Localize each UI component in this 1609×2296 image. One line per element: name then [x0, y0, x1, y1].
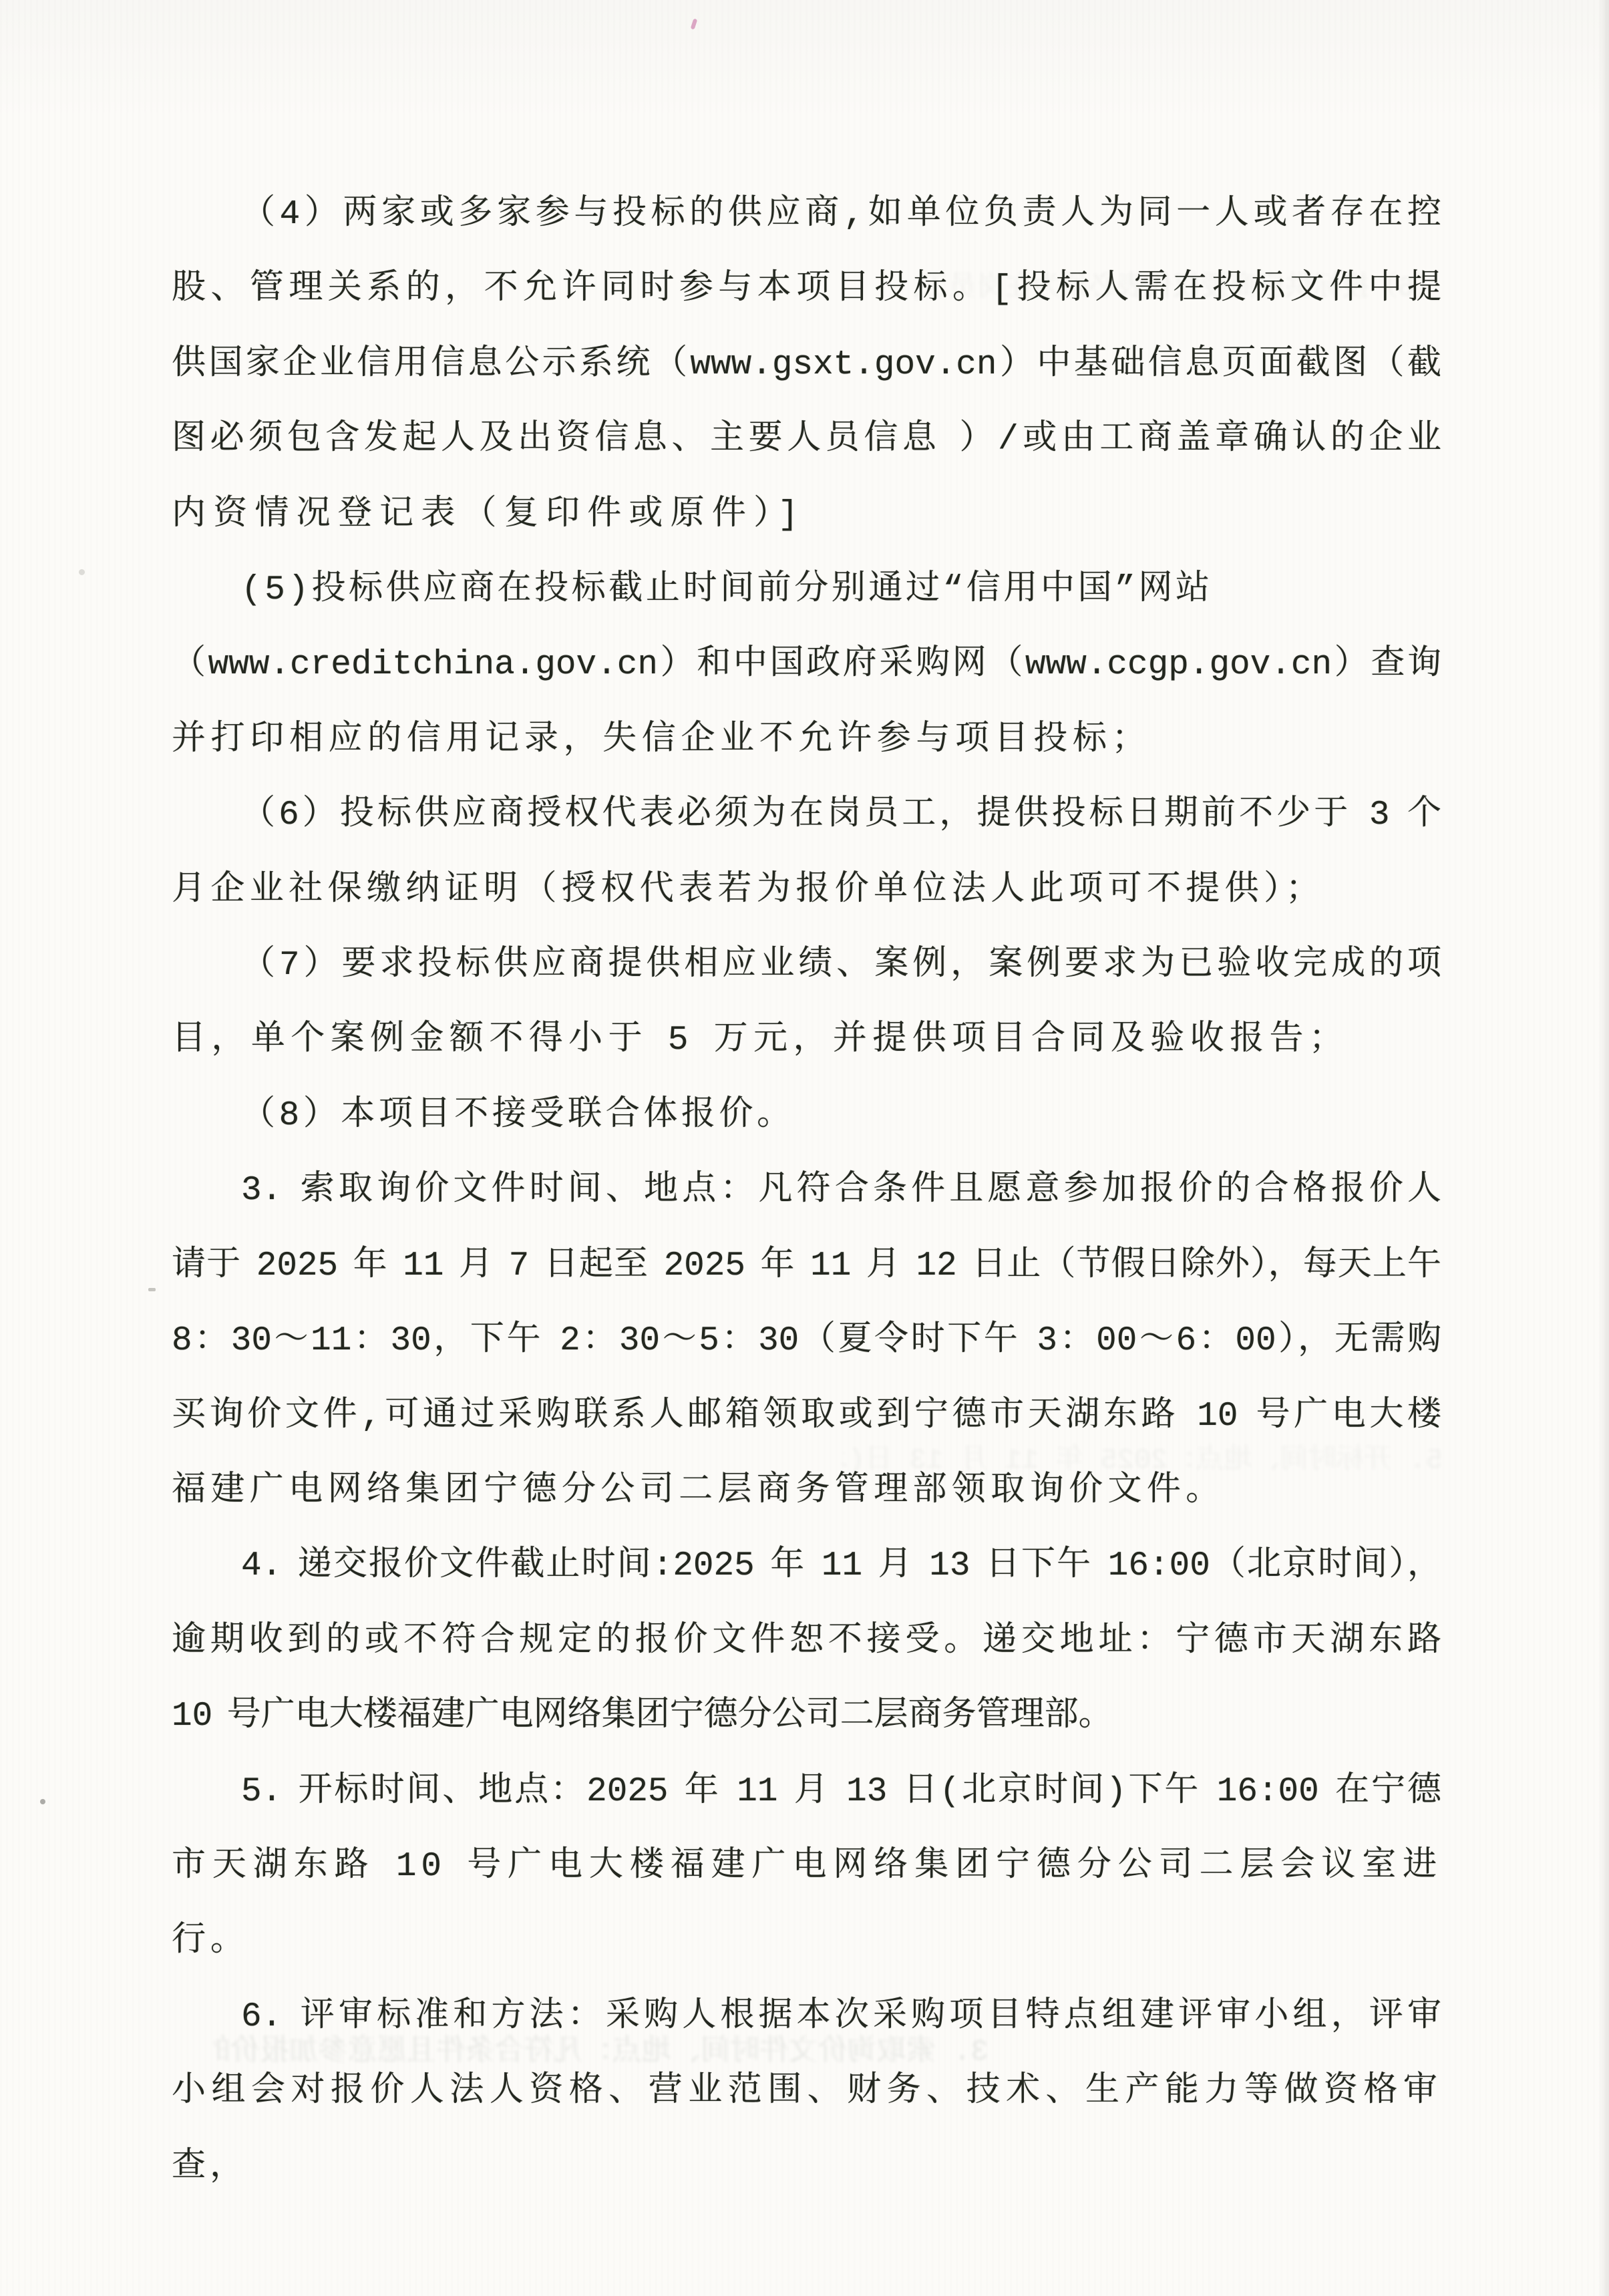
- document-line: 市天湖东路 10 号广电大楼福建广电网络集团宁德分公司二层会议室进行。: [172, 1830, 1441, 1980]
- document-body: （4）两家或多家参与投标的供应商,如单位负责人为同一人或者存在控 股、管理关系的…: [172, 178, 1441, 2205]
- paragraph-clause-8: （8）本项目不接受联合体报价。: [172, 1079, 1441, 1154]
- document-line: 逾期收到的或不符合规定的报价文件恕不接受。递交地址：宁德市天湖东路: [172, 1605, 1441, 1679]
- document-line: 图必须包含发起人及出资信息、主要人员信息 ）/或由工商盖章确认的企业: [172, 403, 1441, 478]
- scanned-page: { "page": { "kind_label": "scanned procu…: [0, 0, 1609, 2296]
- document-line: 4. 递交报价文件截止时间:2025 年 11 月 13 日下午 16:00（北…: [172, 1529, 1441, 1604]
- paragraph-clause-7: （7）要求投标供应商提供相应业绩、案例，案例要求为已验收完成的项 目，单个案例金…: [172, 929, 1441, 1079]
- paragraph-clause-6: （6）投标供应商授权代表必须为在岗员工，提供投标日期前不少于 3 个 月企业社保…: [172, 778, 1441, 929]
- document-line: 月企业社保缴纳证明（授权代表若为报价单位法人此项可不提供）；: [172, 854, 1441, 929]
- document-line: （6）投标供应商授权代表必须为在岗员工，提供投标日期前不少于 3 个: [172, 778, 1441, 853]
- scan-speck: [40, 1799, 45, 1804]
- document-line: 5. 开标时间、地点：2025 年 11 月 13 日(北京时间)下午 16:0…: [172, 1755, 1441, 1830]
- scan-speck: [148, 1288, 156, 1291]
- document-line: 买询价文件,可通过采购联系人邮箱领取或到宁德市天湖东路 10 号广电大楼: [172, 1379, 1441, 1454]
- paragraph-section-6: 6. 评审标准和方法：采购人根据本次采购项目特点组建评审小组，评审 小组会对报价…: [172, 1980, 1441, 2205]
- document-line: 并打印相应的信用记录，失信企业不允许参与项目投标；: [172, 703, 1441, 778]
- scan-speck: [79, 569, 85, 575]
- document-line: 10 号广电大楼福建广电网络集团宁德分公司二层商务管理部。: [172, 1679, 1441, 1754]
- document-line: 8：30～11：30，下午 2：30～5：30（夏令时下午 3：00～6：00）…: [172, 1304, 1441, 1379]
- document-line: 股、管理关系的，不允许同时参与本项目投标。[投标人需在投标文件中提: [172, 253, 1441, 327]
- document-line: 内资情况登记表（复印件或原件）]: [172, 478, 1441, 553]
- document-line: (5)投标供应商在投标截止时间前分别通过“信用中国”网站: [172, 553, 1441, 628]
- paragraph-section-4: 4. 递交报价文件截止时间:2025 年 11 月 13 日下午 16:00（北…: [172, 1529, 1441, 1754]
- paragraph-section-5: 5. 开标时间、地点：2025 年 11 月 13 日(北京时间)下午 16:0…: [172, 1755, 1441, 1980]
- document-line: 请于 2025 年 11 月 7 日起至 2025 年 11 月 12 日止（节…: [172, 1229, 1441, 1304]
- document-line: 6. 评审标准和方法：采购人根据本次采购项目特点组建评审小组，评审: [172, 1980, 1441, 2055]
- document-line: 3. 索取询价文件时间、地点：凡符合条件且愿意参加报价的合格报价人: [172, 1154, 1441, 1228]
- document-line: （www.creditchina.gov.cn）和中国政府采购网（www.ccg…: [172, 628, 1441, 703]
- document-line: （7）要求投标供应商提供相应业绩、案例，案例要求为已验收完成的项: [172, 929, 1441, 1003]
- scan-speck: [691, 18, 698, 29]
- document-line: 供国家企业信用信息公示系统（www.gsxt.gov.cn）中基础信息页面截图（…: [172, 328, 1441, 403]
- document-line: （4）两家或多家参与投标的供应商,如单位负责人为同一人或者存在控: [172, 178, 1441, 253]
- document-line: （8）本项目不接受联合体报价。: [172, 1079, 1441, 1154]
- document-line: 福建广电网络集团宁德分公司二层商务管理部领取询价文件。: [172, 1454, 1441, 1529]
- paragraph-clause-4: （4）两家或多家参与投标的供应商,如单位负责人为同一人或者存在控 股、管理关系的…: [172, 178, 1441, 553]
- paragraph-section-3: 3. 索取询价文件时间、地点：凡符合条件且愿意参加报价的合格报价人 请于 202…: [172, 1154, 1441, 1529]
- document-line: 目，单个案例金额不得小于 5 万元，并提供项目合同及验收报告；: [172, 1003, 1441, 1078]
- document-line: 小组会对报价人法人资格、营业范围、财务、技术、生产能力等做资格审查，: [172, 2055, 1441, 2205]
- paragraph-clause-5: (5)投标供应商在投标截止时间前分别通过“信用中国”网站 （www.credit…: [172, 553, 1441, 778]
